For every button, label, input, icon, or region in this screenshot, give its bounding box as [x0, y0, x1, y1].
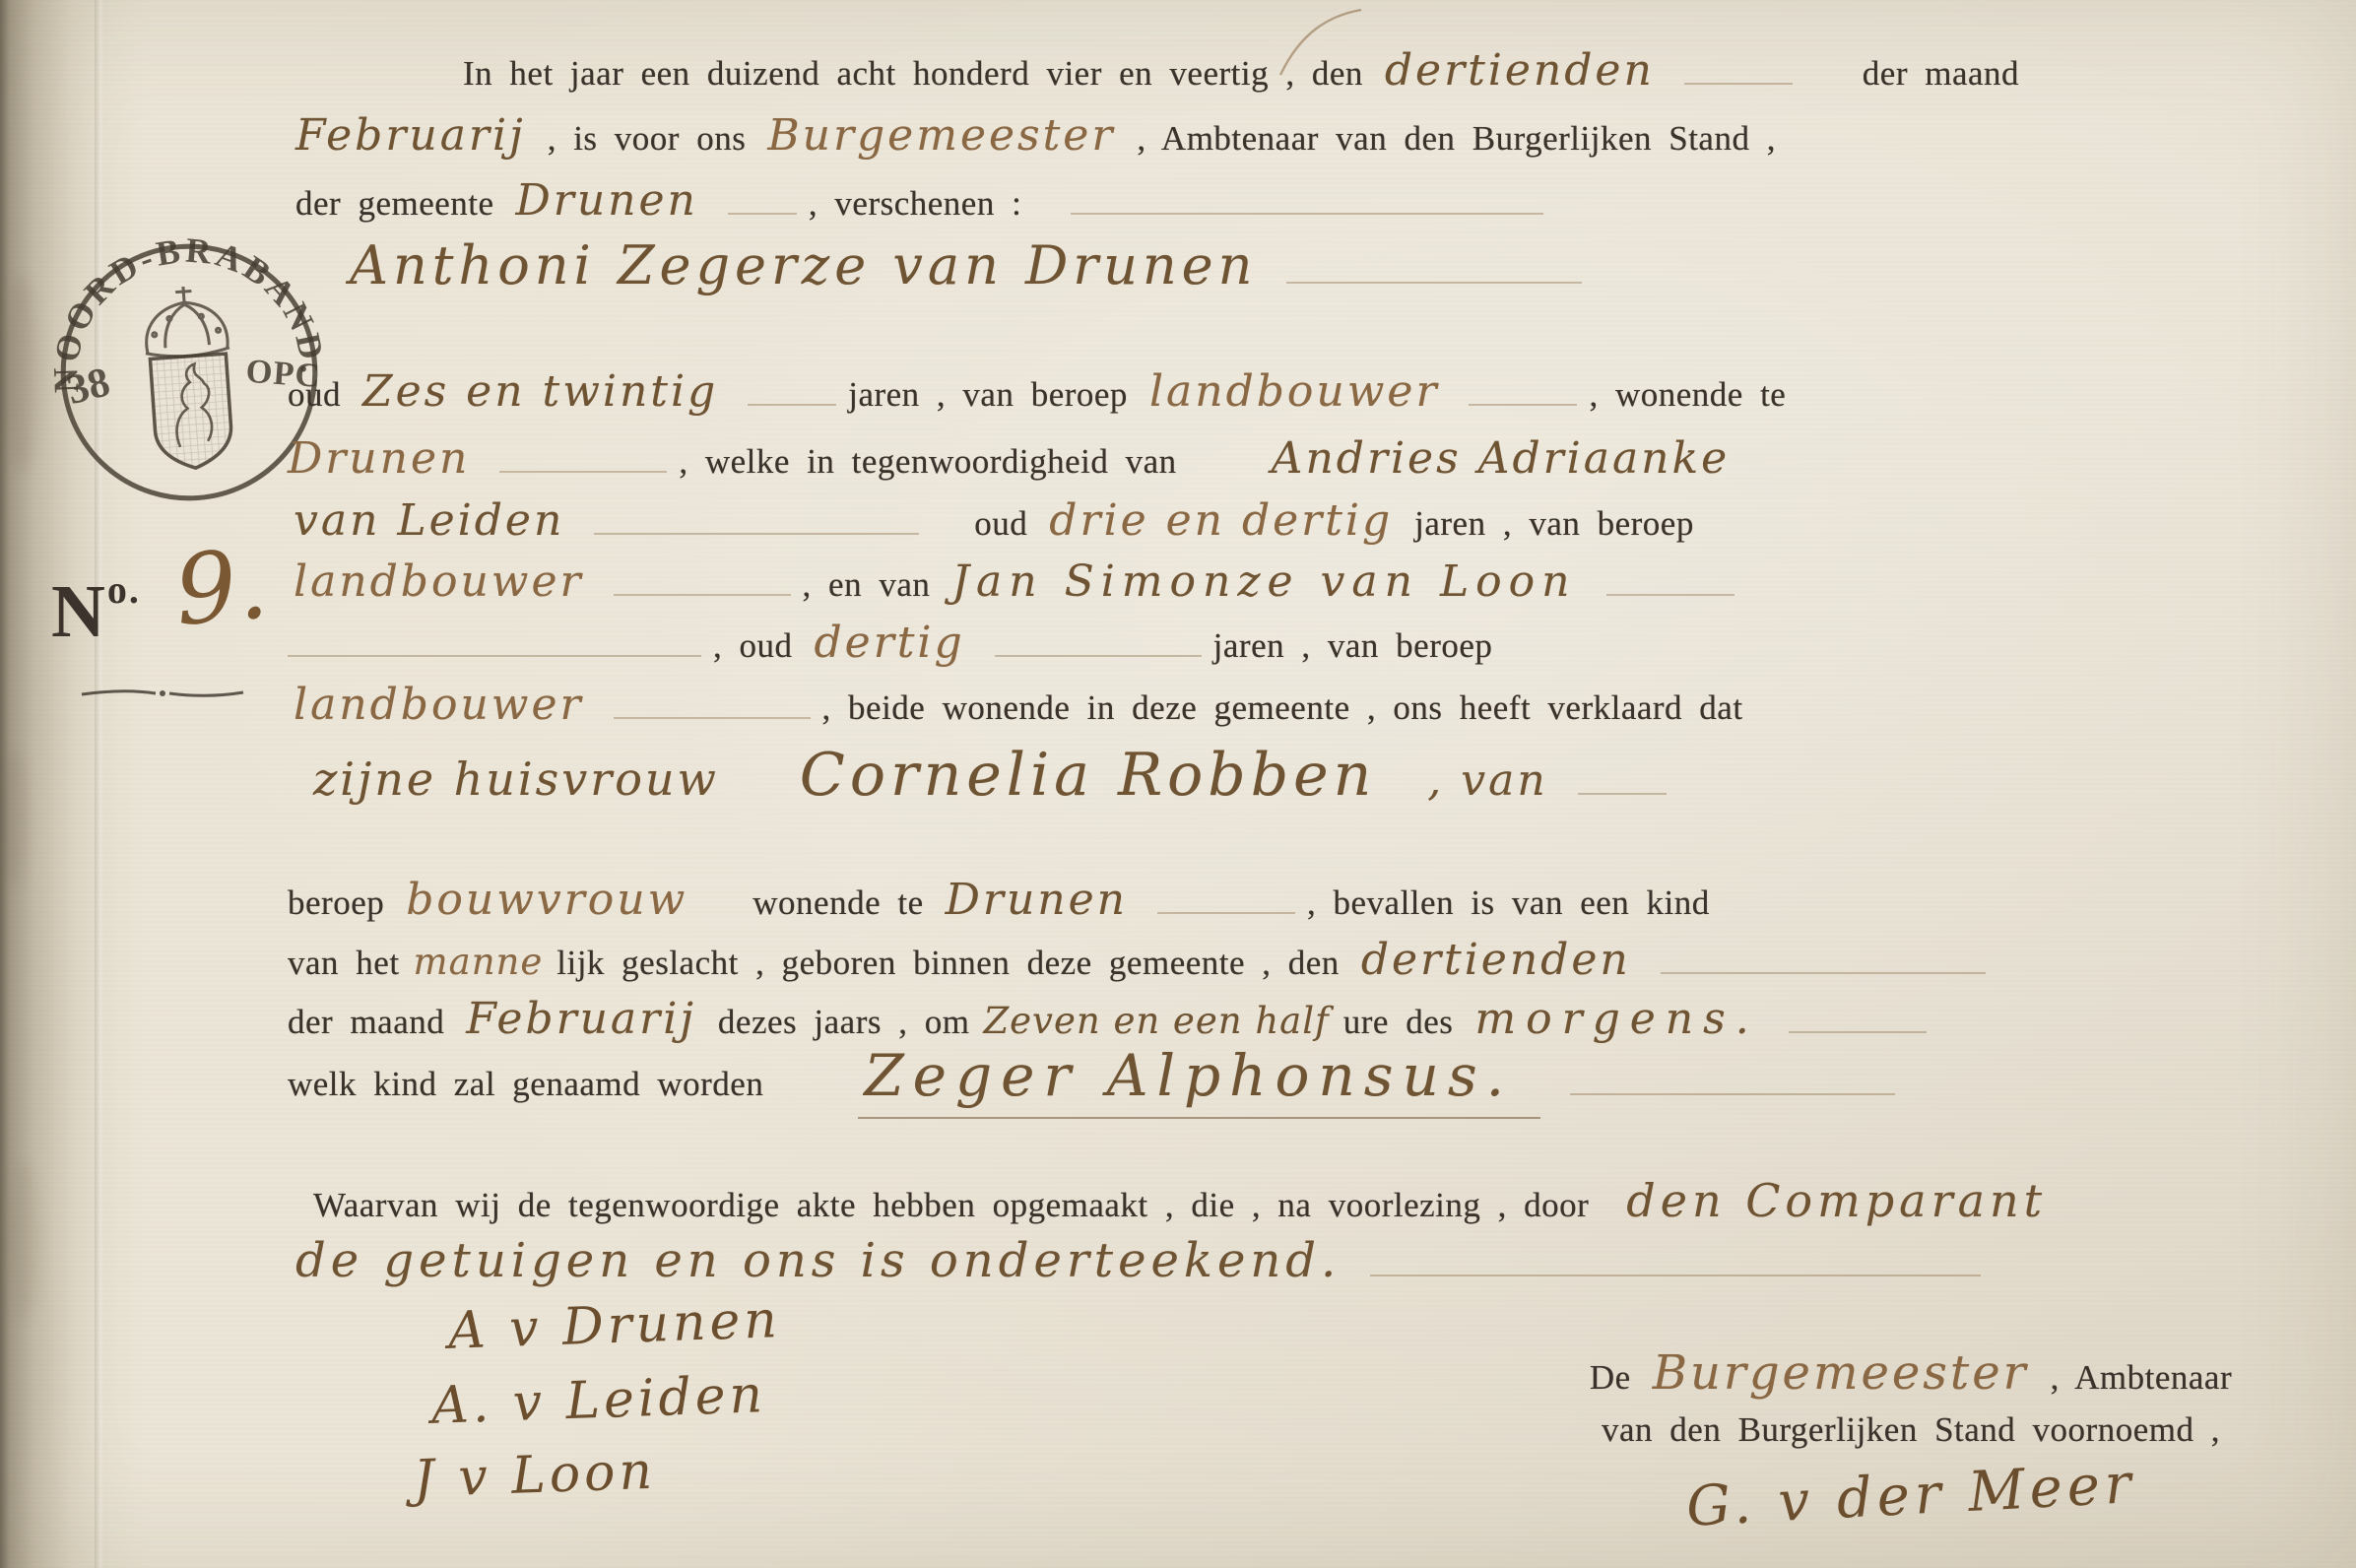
printed-text: jaren , van beroep	[1414, 504, 1694, 543]
form-line-4: Anthoni Zegerze van Drunen	[350, 234, 1590, 296]
form-line-11: zijne huisvrouw Cornelia Robben , van	[313, 741, 1674, 810]
entry-mother-profession: bouwvrouw	[406, 875, 687, 925]
entry-signatories: den Comparant	[1626, 1174, 2047, 1227]
entry-witness2-name: Jan Simonze van Loon	[951, 556, 1576, 607]
closing-line-2: van den Burgerlijken Stand voornoemd ,	[1477, 1410, 2344, 1450]
printed-text: , beide wonende in deze gemeente , ons h…	[822, 688, 1743, 727]
closing-line-1: De Burgemeester , Ambtenaar	[1477, 1345, 2344, 1401]
blank-rule	[1684, 79, 1793, 85]
crown-icon	[141, 284, 229, 359]
form-line-13: van het manne lijk geslacht , geboren bi…	[288, 935, 1994, 985]
form-line-1: In het jaar een duizend acht honderd vie…	[463, 45, 2019, 96]
entry-declarant-residence: Drunen	[288, 433, 470, 484]
printed-text: oud	[974, 504, 1027, 543]
entry-birth-place: Drunen	[946, 875, 1128, 925]
entry-day-of-act: dertienden	[1385, 45, 1655, 96]
entry-mother-origin: , van	[1427, 755, 1547, 806]
act-number-n: N	[51, 570, 107, 653]
closing-signature-row: G. v der Meer	[1477, 1460, 2344, 1528]
printed-text: der maand	[288, 1003, 444, 1041]
shield-lion-icon	[150, 354, 233, 471]
printed-text: beroep	[288, 883, 384, 922]
form-line-12: beroep bouwvrouw wonende te Drunen , bev…	[288, 875, 1710, 925]
form-line-3: der gemeente Drunen , verschenen :	[295, 175, 1551, 226]
printed-text: lijk geslacht , geboren binnen deze geme…	[556, 944, 1340, 982]
ornament-divider	[79, 684, 246, 703]
blank-rule	[1570, 1089, 1895, 1095]
blank-rule	[1370, 1271, 1981, 1276]
printed-text: van het	[288, 944, 400, 982]
entry-birth-month: Februarij	[466, 994, 696, 1044]
entry-witness1-name-continued: van Leiden	[294, 495, 564, 546]
printed-text: , en van	[803, 565, 931, 604]
blank-rule	[1606, 590, 1734, 596]
blank-rule	[499, 467, 667, 473]
form-line-8: landbouwer , en van Jan Simonze van Loon	[294, 556, 1742, 607]
form-line-16: Waarvan wij de tegenwoordige akte hebben…	[313, 1174, 2064, 1227]
printed-text: , wonende te	[1589, 375, 1786, 414]
printed-text: der maand	[1863, 54, 2019, 93]
entry-birth-day: dertienden	[1361, 935, 1631, 985]
printed-text: oud	[288, 375, 341, 414]
printed-text: Waarvan wij de tegenwoordige akte hebben…	[313, 1186, 1589, 1224]
entry-municipality: Drunen	[516, 175, 698, 226]
form-line-10: landbouwer , beide wonende in deze gemee…	[294, 680, 1743, 730]
printed-text: van den Burgerlijken Stand voornoemd ,	[1602, 1410, 2220, 1449]
blank-rule	[594, 529, 919, 535]
form-line-17: de getuigen en ons is onderteekend.	[295, 1233, 1989, 1288]
printed-text: ure des	[1343, 1003, 1454, 1041]
blank-rule	[995, 651, 1202, 657]
blank-rule	[614, 713, 811, 719]
entry-declarant-name: Anthoni Zegerze van Drunen	[350, 234, 1257, 296]
bleedthrough-mark	[6, 276, 39, 473]
signature-official: G. v der Meer	[1684, 1452, 2137, 1539]
printed-text: jaren , van beroep	[1213, 626, 1493, 665]
printed-text: , is voor ons	[548, 119, 747, 158]
entry-witness2-profession: landbouwer	[294, 680, 584, 730]
entry-witness1-age: drie en dertig	[1049, 495, 1393, 546]
printed-text: wonende te	[753, 883, 923, 922]
entry-declarant-age: Zes en twintig	[362, 366, 718, 417]
signature-witness2: A. v Leiden	[430, 1365, 767, 1436]
entry-signing-clause: de getuigen en ons is onderteekend.	[295, 1233, 1341, 1288]
bleedthrough-mark	[2, 749, 28, 886]
act-number-sup: o.	[107, 567, 141, 612]
printed-text: , welke in tegenwoordigheid van	[679, 442, 1176, 481]
birth-certificate-page: NOORD-BRABAND. 38 OPC No. 9. In het jaar…	[0, 0, 2356, 1568]
act-number-value: 9.	[170, 528, 272, 648]
blank-rule	[1661, 968, 1986, 974]
signature-witness1: A v Drunen	[447, 1290, 782, 1361]
printed-text: , verschenen :	[809, 184, 1021, 223]
entry-birth-daypart: morgens.	[1474, 994, 1758, 1044]
paper-crease	[95, 0, 104, 1568]
blank-rule	[1578, 789, 1667, 795]
printed-text: De	[1590, 1358, 1631, 1397]
entry-witness1-profession: landbouwer	[294, 556, 584, 607]
entry-child-name: Zeger Alphonsus.	[858, 1042, 1540, 1119]
entry-birth-time: Zeven en een half	[983, 1000, 1329, 1042]
blank-rule	[728, 209, 797, 215]
closing-block: De Burgemeester , Ambtenaar van den Burg…	[1477, 1345, 2344, 1537]
form-line-7: van Leiden oud drie en dertig jaren , va…	[294, 495, 1694, 546]
blank-rule	[1789, 1027, 1927, 1033]
bleedthrough-mark	[10, 1162, 39, 1320]
signature-witness3: J v Loon	[413, 1442, 657, 1510]
printed-text: jaren , van beroep	[848, 375, 1128, 414]
blank-rule	[1071, 209, 1543, 215]
entry-mother-relation: zijne huisvrouw	[313, 752, 719, 806]
blank-rule	[614, 590, 791, 596]
blank-rule	[1469, 400, 1577, 406]
form-line-6: Drunen , welke in tegenwoordigheid van A…	[288, 433, 1747, 484]
entry-witness1-name: Andries Adriaanke	[1272, 433, 1731, 484]
printed-text: , bevallen is van een kind	[1307, 883, 1710, 922]
printed-text: , oud	[713, 626, 793, 665]
entry-official-title-closing: Burgemeester	[1653, 1345, 2029, 1401]
entry-month-of-act: Februarij	[295, 110, 526, 161]
form-line-2: Februarij , is voor ons Burgemeester , A…	[295, 110, 1776, 161]
blank-rule	[1286, 278, 1582, 284]
blank-rule	[1157, 908, 1295, 914]
printed-text: In het jaar een duizend acht honderd vie…	[463, 54, 1363, 93]
form-line-14: der maand Februarij dezes jaars , om Zev…	[288, 994, 1934, 1044]
printed-text: dezes jaars , om	[718, 1003, 970, 1041]
entry-declarant-profession: landbouwer	[1149, 366, 1440, 417]
act-number-label: No.	[51, 566, 141, 655]
printed-text: , Ambtenaar	[2051, 1358, 2233, 1397]
blank-rule	[288, 651, 701, 657]
form-line-5: oud Zes en twintig jaren , van beroep la…	[288, 366, 1786, 417]
form-line-9: , oud dertig jaren , van beroep	[288, 618, 1492, 668]
blank-rule	[748, 400, 836, 406]
printed-text: der gemeente	[295, 184, 494, 223]
form-line-15: welk kind zal genaamd worden Zeger Alpho…	[288, 1042, 1903, 1109]
entry-witness2-age: dertig	[815, 618, 965, 668]
printed-text: welk kind zal genaamd worden	[288, 1065, 763, 1103]
printed-text: , Ambtenaar van den Burgerlijken Stand ,	[1137, 119, 1776, 158]
entry-mother-name: Cornelia Robben	[800, 741, 1376, 810]
entry-official-title: Burgemeester	[767, 110, 1115, 161]
entry-child-gender: manne	[414, 941, 544, 983]
